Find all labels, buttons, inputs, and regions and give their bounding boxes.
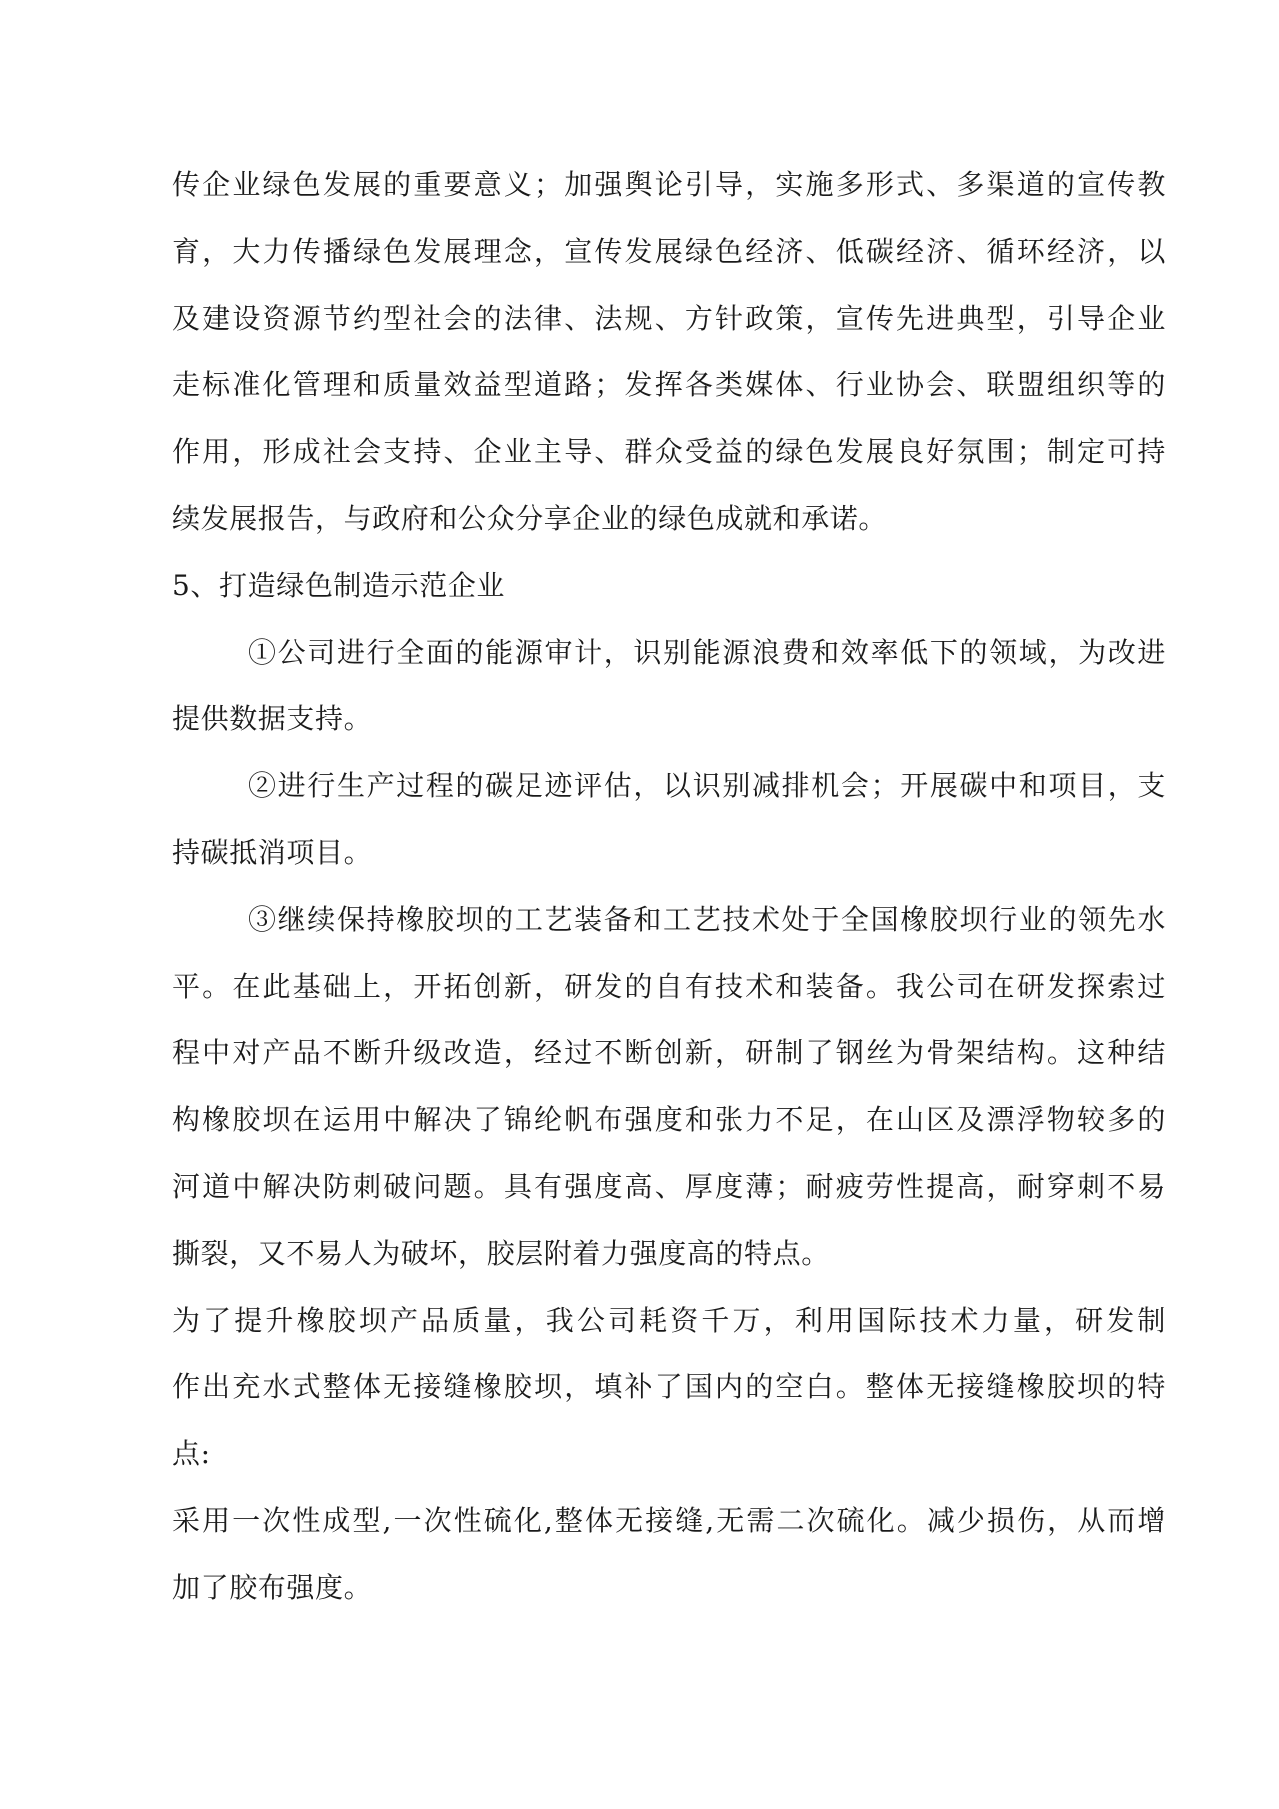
paragraph-line: 育，大力传播绿色发展理念，宣传发展绿色经济、低碳经济、循环经济，以: [172, 225, 1166, 292]
list-item-1: ①公司进行全面的能源审计，识别能源浪费和效率低下的领域，为改进: [172, 626, 1166, 693]
list-item-3-continued: 撕裂，又不易人为破坏，胶层附着力强度高的特点。: [172, 1227, 1166, 1294]
list-item-2: ②进行生产过程的碳足迹评估，以识别减排机会；开展碳中和项目，支: [172, 759, 1166, 826]
document-page: 传企业绿色发展的重要意义；加强舆论引导，实施多形式、多渠道的宣传教 育，大力传播…: [172, 158, 1166, 1628]
paragraph-line: 传企业绿色发展的重要意义；加强舆论引导，实施多形式、多渠道的宣传教: [172, 158, 1166, 225]
list-item-3-continued: 平。在此基础上，开拓创新，研发的自有技术和装备。我公司在研发探索过: [172, 960, 1166, 1027]
paragraph-line: 为了提升橡胶坝产品质量，我公司耗资千万，利用国际技术力量，研发制: [172, 1294, 1166, 1361]
list-item-3-continued: 河道中解决防刺破问题。具有强度高、厚度薄；耐疲劳性提高，耐穿刺不易: [172, 1160, 1166, 1227]
list-item-2-continued: 持碳抵消项目。: [172, 826, 1166, 893]
paragraph-line: 走标准化管理和质量效益型道路；发挥各类媒体、行业协会、联盟组织等的: [172, 358, 1166, 425]
list-item-3-continued: 构橡胶坝在运用中解决了锦纶帆布强度和张力不足，在山区及漂浮物较多的: [172, 1093, 1166, 1160]
paragraph-line: 续发展报告，与政府和公众分享企业的绿色成就和承诺。: [172, 492, 1166, 559]
list-item-3: ③继续保持橡胶坝的工艺装备和工艺技术处于全国橡胶坝行业的领先水: [172, 893, 1166, 960]
section-heading: 5、打造绿色制造示范企业: [172, 559, 1166, 626]
paragraph-line: 作出充水式整体无接缝橡胶坝，填补了国内的空白。整体无接缝橡胶坝的特: [172, 1360, 1166, 1427]
paragraph-line: 点:: [172, 1427, 1166, 1494]
list-item-1-continued: 提供数据支持。: [172, 692, 1166, 759]
paragraph-line: 加了胶布强度。: [172, 1561, 1166, 1628]
paragraph-line: 采用一次性成型,一次性硫化,整体无接缝,无需二次硫化。减少损伤，从而增: [172, 1494, 1166, 1561]
paragraph-line: 及建设资源节约型社会的法律、法规、方针政策，宣传先进典型，引导企业: [172, 292, 1166, 359]
paragraph-line: 作用，形成社会支持、企业主导、群众受益的绿色发展良好氛围；制定可持: [172, 425, 1166, 492]
list-item-3-continued: 程中对产品不断升级改造，经过不断创新，研制了钢丝为骨架结构。这种结: [172, 1026, 1166, 1093]
